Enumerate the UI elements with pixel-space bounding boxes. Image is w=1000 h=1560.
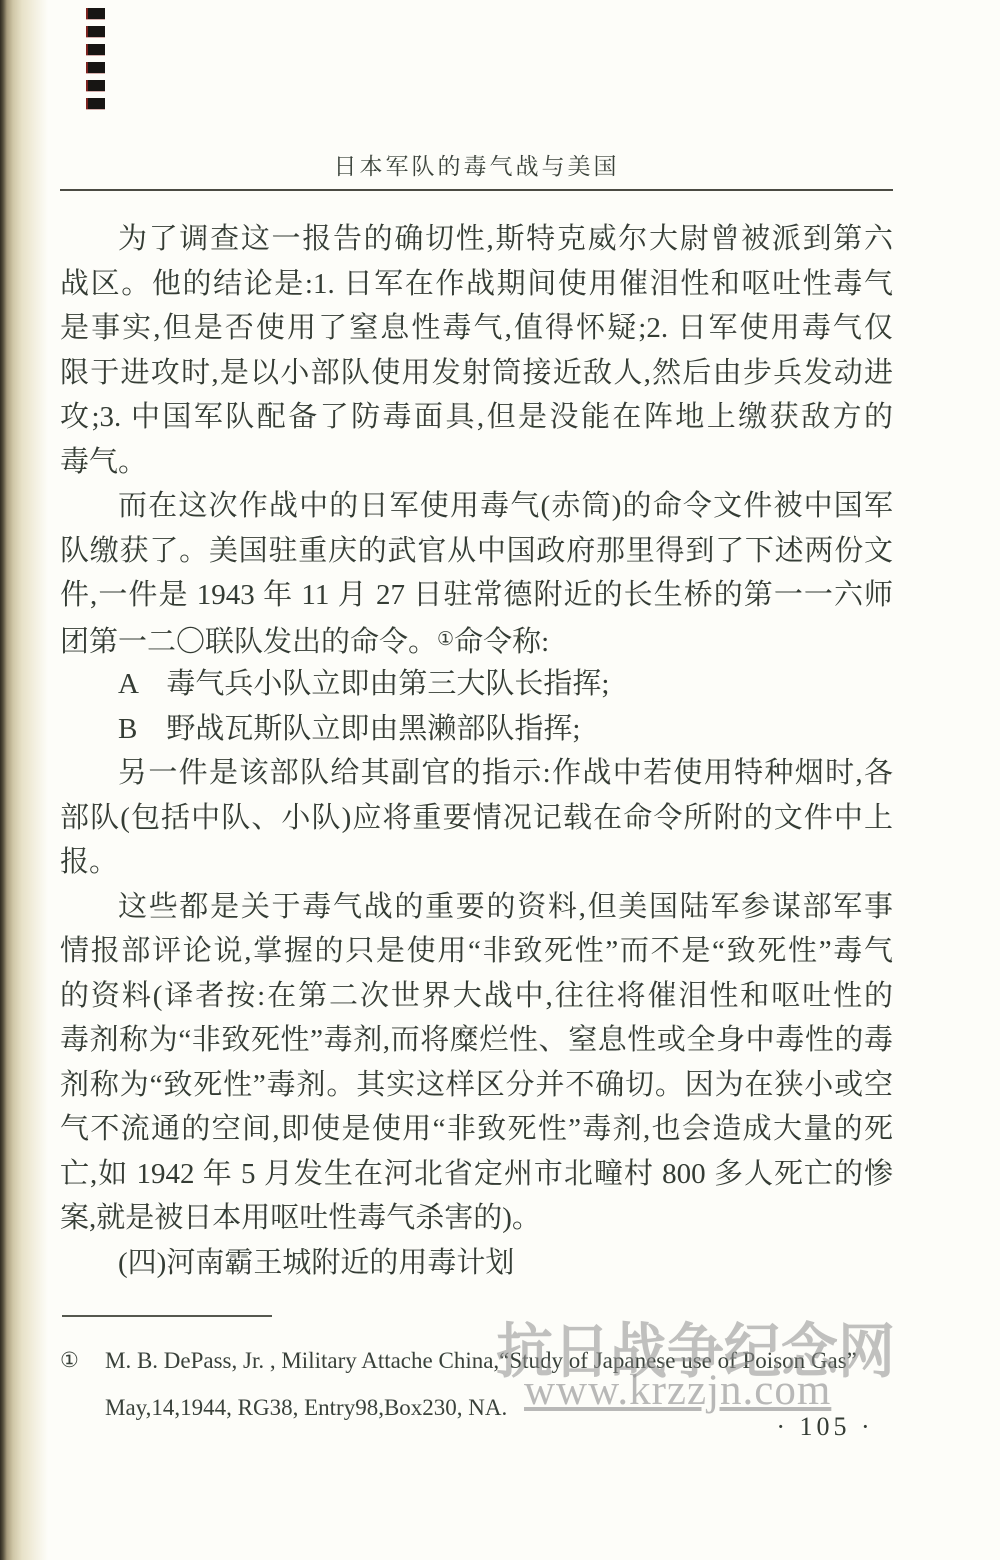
text-line: 而在这次作战中的日军使用毒气(赤筒)的命令文件被中国军 xyxy=(60,484,893,529)
scanned-paper-edge xyxy=(0,0,48,1560)
footnote-ref-marker: ① xyxy=(437,629,454,650)
text-line: 情报部评论说,掌握的只是使用“非致死性”而不是“致死性”毒气 xyxy=(60,929,893,974)
text-line: 为了调查这一报告的确切性,斯特克威尔大尉曾被派到第六 xyxy=(60,217,893,262)
header-rule xyxy=(60,189,893,191)
text-line: 报。 xyxy=(60,840,893,885)
text-line: B 野战瓦斯队立即由黑濑部队指挥; xyxy=(60,707,893,752)
binding-mark xyxy=(86,8,105,19)
text-line: 毒气。 xyxy=(60,440,893,485)
text-line: 战区。他的结论是:1. 日军在作战期间使用催泪性和呕吐性毒气 xyxy=(60,262,893,307)
running-title: 日本军队的毒气战与美国 xyxy=(60,148,893,181)
text-line: 气不流通的空间,即使是使用“非致死性”毒剂,也会造成大量的死 xyxy=(60,1107,893,1152)
binding-mark xyxy=(86,98,105,109)
book-page: 日本军队的毒气战与美国 为了调查这一报告的确切性,斯特克威尔大尉曾被派到第六战区… xyxy=(0,0,1000,1560)
text-line: 亡,如 1942 年 5 月发生在河北省定州市北疃村 800 多人死亡的惨 xyxy=(60,1152,893,1197)
text-line: 团第一二〇联队发出的命令。①命令称: xyxy=(60,618,893,663)
text-line: 的资料(译者按:在第二次世界大战中,往往将催泪性和呕吐性的 xyxy=(60,974,893,1019)
binding-mark xyxy=(86,26,105,37)
text-line: 部队(包括中队、小队)应将重要情况记载在命令所附的文件中上 xyxy=(60,796,893,841)
binding-mark xyxy=(86,44,105,55)
text-line: A 毒气兵小队立即由第三大队长指挥; xyxy=(60,662,893,707)
binding-mark xyxy=(86,80,105,91)
binding-mark xyxy=(86,62,105,73)
text-line: 这些都是关于毒气战的重要的资料,但美国陆军参谋部军事 xyxy=(60,885,893,930)
text-line: 另一件是该部队给其副官的指示:作战中若使用特种烟时,各 xyxy=(60,751,893,796)
text-line: 剂称为“致死性”毒剂。其实这样区分并不确切。因为在狭小或空 xyxy=(60,1063,893,1108)
text-line: 限于进攻时,是以小部队使用发射筒接近敌人,然后由步兵发动进 xyxy=(60,351,893,396)
watermark-site-url: www.krzzjn.com xyxy=(524,1366,831,1415)
footnote-hanging-indent xyxy=(60,1384,105,1431)
text-column: 为了调查这一报告的确切性,斯特克威尔大尉曾被派到第六战区。他的结论是:1. 日军… xyxy=(60,217,893,1285)
text-line: 攻;3. 中国军队配备了防毒面具,但是没能在阵地上缴获敌方的 xyxy=(60,395,893,440)
footnote-separator xyxy=(62,1315,272,1317)
text-line: 毒剂称为“非致死性”毒剂,而将糜烂性、窒息性或全身中毒性的毒 xyxy=(60,1018,893,1063)
text-line: 案,就是被日本用呕吐性毒气杀害的)。 xyxy=(60,1196,893,1241)
text-line: (四)河南霸王城附近的用毒计划 xyxy=(60,1241,893,1286)
binding-marks xyxy=(86,8,104,116)
page-number: · 105 · xyxy=(760,1412,890,1442)
footnote-marker: ① xyxy=(60,1337,105,1384)
text-line: 是事实,但是否使用了窒息性毒气,值得怀疑;2. 日军使用毒气仅 xyxy=(60,306,893,351)
text-line: 件,一件是 1943 年 11 月 27 日驻常德附近的长生桥的第一一六师 xyxy=(60,573,893,618)
text-line: 队缴获了。美国驻重庆的武官从中国政府那里得到了下述两份文 xyxy=(60,529,893,574)
